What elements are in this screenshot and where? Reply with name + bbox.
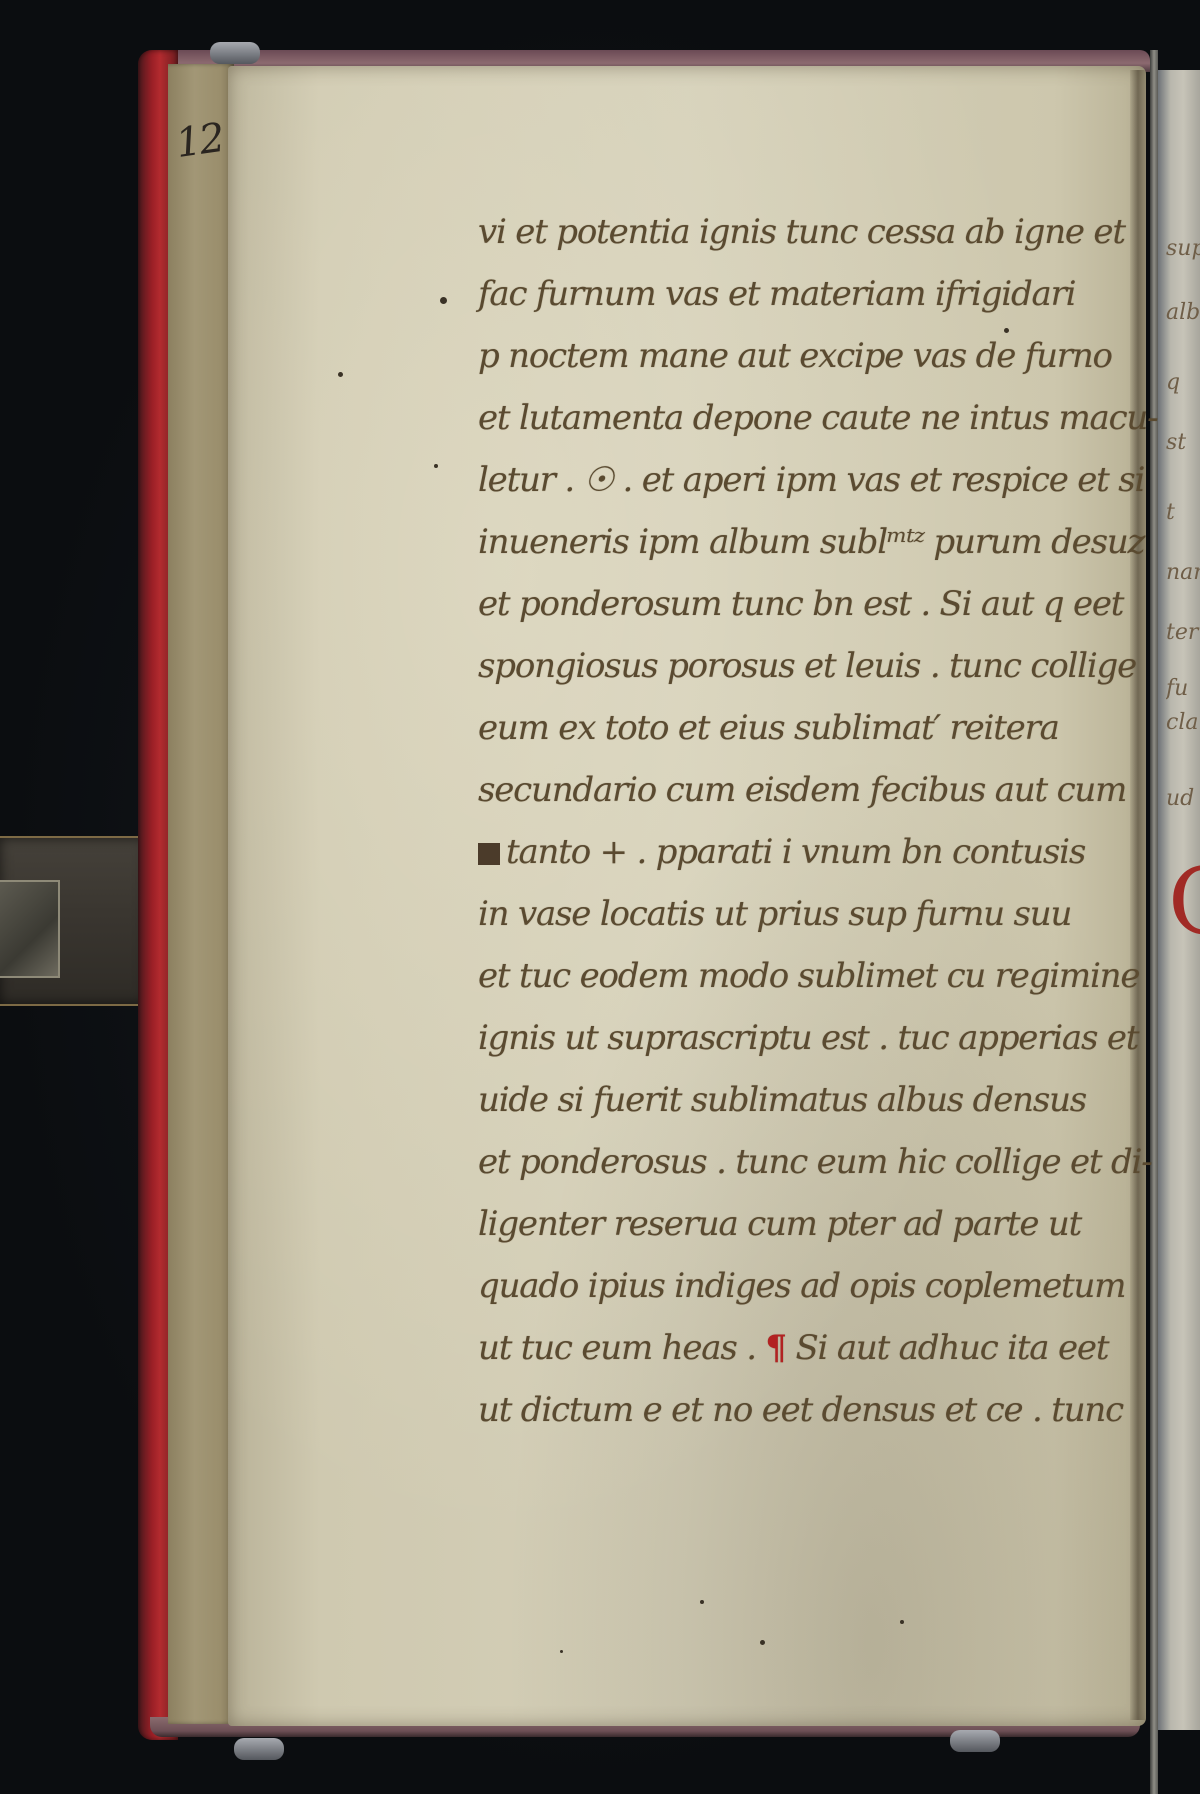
- ink-speck: [700, 1600, 704, 1604]
- text-line: vi et potentia ignis tunc cessa ab igne …: [478, 212, 1125, 252]
- text-line: p noctem mane aut excipe vas de furno: [478, 336, 1112, 376]
- next-page-fragment: alb: [1166, 300, 1200, 325]
- metal-boss-bottom-left: [234, 1738, 284, 1760]
- next-page-fragment: cla: [1166, 710, 1200, 735]
- text-line: eum ex toto et eius sublimat′ reitera: [478, 708, 1059, 748]
- text-line: ut tuc eum heas . ¶ Si aut adhuc ita eet: [478, 1328, 1108, 1368]
- page-gutter-fold: [1130, 70, 1146, 1720]
- text-line: et tuc eodem modo sublimet cu regimine: [478, 956, 1139, 996]
- folio-number: 12: [173, 115, 226, 167]
- metal-boss-bottom-right: [950, 1730, 1000, 1752]
- next-page-fragment: nar: [1166, 560, 1200, 585]
- text-line: ignis ut suprascriptu est . tuc apperias…: [478, 1018, 1138, 1058]
- rubricated-sentence: Si aut adhuc ita eet: [795, 1328, 1108, 1368]
- next-page-fragment: t: [1166, 500, 1200, 525]
- ink-speck: [440, 297, 447, 304]
- erased-mark: [478, 843, 500, 865]
- clasp-metal-fitting: [0, 880, 60, 978]
- next-page-fragment: fu: [1166, 676, 1200, 701]
- text-line: in vase locatis ut prius sup furnu suu: [478, 894, 1071, 934]
- pilcrow-rubric-icon: ¶: [765, 1328, 785, 1368]
- ink-speck: [760, 1640, 765, 1645]
- next-page-fragment: sup: [1166, 236, 1200, 261]
- ink-speck: [900, 1620, 904, 1624]
- ink-speck: [560, 1650, 563, 1653]
- text-line: ut dictum e et no eet densus et ce . tun…: [478, 1390, 1123, 1430]
- next-page-fragment: q: [1166, 370, 1200, 395]
- text-line: tanto + . pparati i vnum bn contusis: [478, 832, 1085, 872]
- text-line: secundario cum eisdem fecibus aut cum: [478, 770, 1126, 810]
- next-page-fragment: ter: [1166, 620, 1200, 645]
- next-page-fragment: ud: [1166, 786, 1200, 811]
- next-page-red-initial: C: [1168, 848, 1200, 955]
- flyleaf-stub: [168, 64, 234, 1724]
- text-line: uide si fuerit sublimatus albus densus: [478, 1080, 1086, 1120]
- text-line: inueneris ipm album sublᵐᵗᶻ purum desuz: [478, 522, 1144, 562]
- text-line: ligenter reserua cum pter ad parte ut: [478, 1204, 1081, 1244]
- ink-speck: [1004, 328, 1009, 333]
- text-line: fac furnum vas et materiam ifrigidari: [478, 274, 1075, 314]
- text-line-content: tanto + . pparati i vnum bn contusis: [506, 832, 1085, 872]
- text-line: et ponderosum tunc bn est . Si aut q eet: [478, 584, 1123, 624]
- page-divider-bar: [1150, 50, 1158, 1794]
- metal-boss-top-left: [210, 42, 260, 64]
- text-line: letur . ☉ . et aperi ipm vas et respice …: [478, 460, 1144, 500]
- ink-speck: [434, 464, 438, 468]
- next-page-fragment: st: [1166, 430, 1200, 455]
- text-line: spongiosus porosus et leuis . tunc colli…: [478, 646, 1136, 686]
- ink-speck: [338, 372, 343, 377]
- text-line: et ponderosus . tunc eum hic collige et …: [478, 1142, 1152, 1182]
- text-line: quado ipius indiges ad opis coplemetum: [478, 1266, 1125, 1306]
- text-line-content: ut tuc eum heas .: [478, 1328, 756, 1368]
- text-line: et lutamenta depone caute ne intus macu-: [478, 398, 1157, 438]
